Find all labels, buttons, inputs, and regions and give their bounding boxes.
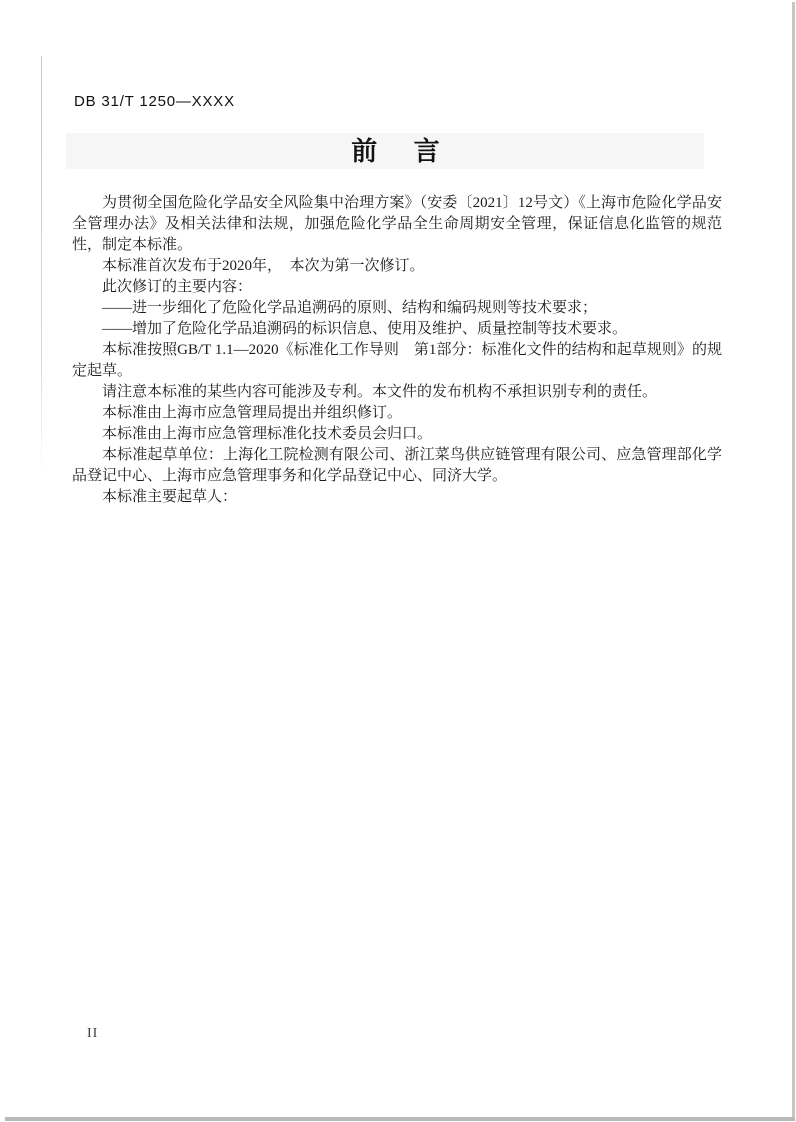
document-page: DB 31/T 1250—XXXX 前 言 为贯彻全国危险化学品安全风险集中治理… (0, 0, 796, 1122)
document-code-header: DB 31/T 1250—XXXX (74, 93, 235, 110)
foreword-paragraph: 本标准由上海市应急管理标准化技术委员会归口。 (72, 424, 722, 445)
foreword-paragraph: 本标准起草单位：上海化工院检测有限公司、浙江菜鸟供应链管理有限公司、应急管理部化… (72, 445, 722, 487)
foreword-paragraph: 请注意本标准的某些内容可能涉及专利。本文件的发布机构不承担识别专利的责任。 (72, 382, 722, 403)
page-number: II (87, 1026, 98, 1042)
foreword-paragraph: 本标准首次发布于2020年， 本次为第一次修订。 (72, 256, 722, 277)
foreword-body: 为贯彻全国危险化学品安全风险集中治理方案》（安委〔2021〕12号文）《上海市危… (72, 193, 722, 508)
foreword-paragraph: 本标准由上海市应急管理局提出并组织修订。 (72, 403, 722, 424)
foreword-paragraph: 本标准按照GB/T 1.1—2020《标准化工作导则 第1部分：标准化文件的结构… (72, 340, 722, 382)
scan-edge-left (41, 56, 42, 476)
foreword-paragraph: 此次修订的主要内容： (72, 277, 722, 298)
page-edge-shadow-bottom (5, 1117, 795, 1121)
page-edge-shadow-right (792, 2, 795, 1120)
page-title: 前 言 (0, 134, 796, 168)
foreword-paragraph: 为贯彻全国危险化学品安全风险集中治理方案》（安委〔2021〕12号文）《上海市危… (72, 193, 722, 256)
foreword-paragraph: ——进一步细化了危险化学品追溯码的原则、结构和编码规则等技术要求； (72, 298, 722, 319)
foreword-paragraph: ——增加了危险化学品追溯码的标识信息、使用及维护、质量控制等技术要求。 (72, 319, 722, 340)
foreword-paragraph: 本标准主要起草人： (72, 487, 722, 508)
